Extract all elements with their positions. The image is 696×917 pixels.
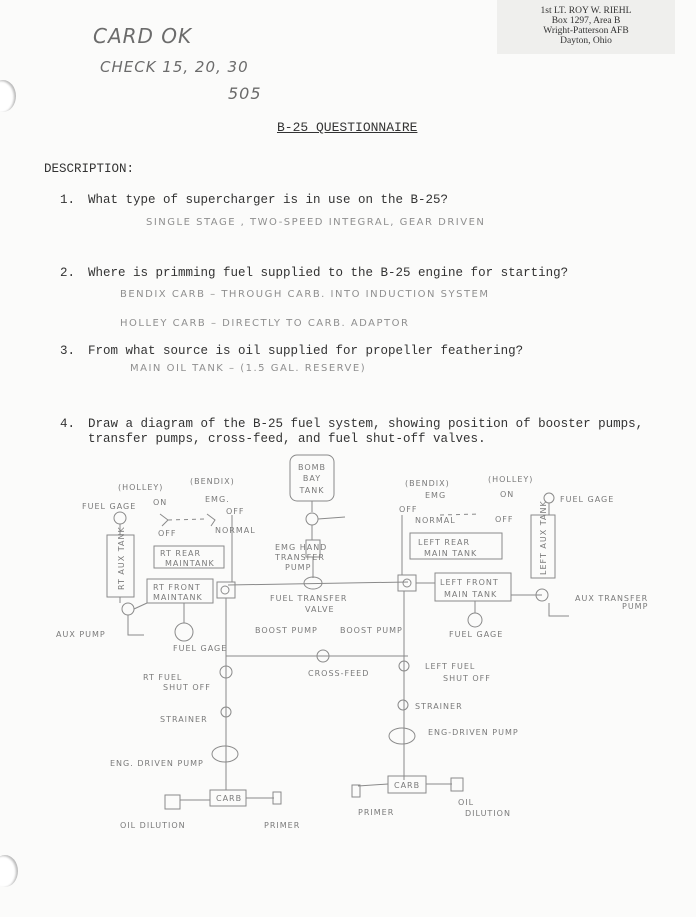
diagram-label: OIL [458, 798, 474, 807]
diagram-label: EMG. [205, 495, 230, 504]
fuel-gage [468, 613, 482, 627]
fuel-system-diagram: BOMB BAY TANK EMG HAND TRANSFER PUMP FUE… [0, 0, 696, 917]
diagram-label: OFF [226, 507, 245, 516]
diagram-label: ENG-DRIVEN PUMP [428, 728, 519, 737]
aux-pump [122, 603, 134, 615]
diagram-label: LEFT AUX TANK [539, 500, 548, 575]
diagram-label: OIL DILUTION [120, 821, 186, 830]
diagram-label: PRIMER [358, 808, 394, 817]
diagram-label: NORMAL [215, 526, 256, 535]
diagram-label: LEFT FRONT [440, 578, 499, 587]
diagram-label: LEFT FUEL [425, 662, 475, 671]
diagram-label: PUMP [285, 563, 311, 572]
pump-symbol [306, 513, 318, 525]
diagram-label: AUX PUMP [56, 630, 106, 639]
diagram-label: OFF [158, 529, 177, 538]
diagram-label: FUEL GAGE [560, 495, 614, 504]
fuel-gage [175, 623, 193, 641]
diagram-label: CROSS-FEED [308, 669, 369, 678]
diagram-label: PRIMER [264, 821, 300, 830]
eng-driven-pump [212, 746, 238, 762]
boost-pump [217, 582, 235, 598]
diagram-label: BOMB [298, 463, 326, 472]
shutoff-valve-handle [207, 514, 215, 526]
diagram-label: TANK [299, 486, 325, 495]
diagram-label: OFF [495, 515, 514, 524]
diagram-label: CARB [394, 781, 420, 790]
diagram-label: RT REAR [160, 549, 201, 558]
diagram-label: EMG HAND [275, 543, 327, 552]
diagram-label: LEFT REAR [418, 538, 470, 547]
diagram-label: MAIN TANK [444, 590, 497, 599]
diagram-label: FUEL GAGE [449, 630, 503, 639]
diagram-label: RT FRONT [153, 583, 201, 592]
strainer [398, 700, 408, 710]
diagram-label: (BENDIX) [405, 479, 450, 488]
diagram-label: BOOST PUMP [255, 626, 318, 635]
diagram-label: FUEL GAGE [82, 502, 136, 511]
diagram-label: RT AUX TANK [117, 526, 126, 590]
diagram-label: STRAINER [160, 715, 208, 724]
diagram-label: MAIN TANK [424, 549, 477, 558]
diagram-label: SHUT OFF [443, 674, 491, 683]
diagram-label: MAINTANK [153, 593, 203, 602]
diagram-label: ON [153, 498, 167, 507]
diagram-label: FUEL TRANSFER [270, 594, 347, 603]
diagram-label: ON [500, 490, 514, 499]
diagram-label: NORMAL [415, 516, 456, 525]
diagram-label: BOOST PUMP [340, 626, 403, 635]
diagram-label: DILUTION [465, 809, 511, 818]
diagram-label: SHUT OFF [163, 683, 211, 692]
diagram-label: CARB [216, 794, 242, 803]
boost-pump [398, 575, 416, 591]
diagram-label: EMG [425, 491, 446, 500]
diagram-label: PUMP [622, 602, 648, 611]
diagram-label: (HOLLEY) [118, 483, 163, 492]
diagram-label: (HOLLEY) [488, 475, 533, 484]
diagram-label: ENG. DRIVEN PUMP [110, 759, 204, 768]
diagram-label: OFF [399, 505, 418, 514]
diagram-label: VALVE [305, 605, 335, 614]
diagram-label: (BENDIX) [190, 477, 235, 486]
diagram-label: STRAINER [415, 702, 463, 711]
eng-driven-pump [389, 728, 415, 744]
diagram-label: BAY [303, 474, 321, 483]
diagram-label: FUEL GAGE [173, 644, 227, 653]
diagram-label: MAINTANK [165, 559, 215, 568]
shutoff-valve-handle [160, 514, 168, 526]
diagram-label: RT FUEL [143, 673, 182, 682]
diagram-label: TRANSFER [274, 553, 325, 562]
